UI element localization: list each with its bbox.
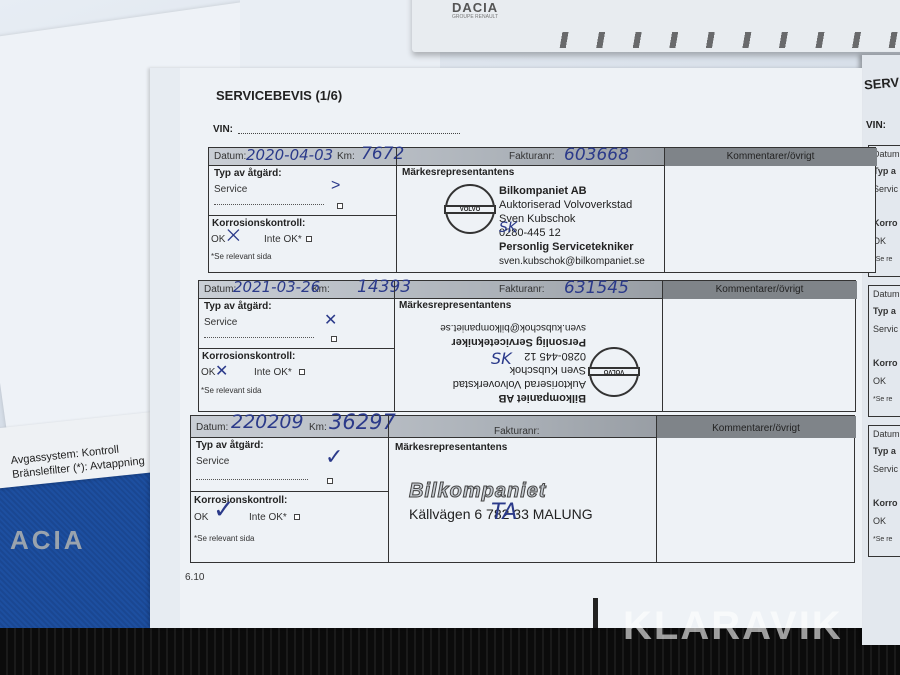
km-value: 14393	[357, 277, 411, 297]
folder-logo: ACIA	[10, 525, 86, 556]
box-stripes	[532, 32, 900, 48]
datum-value: 220209	[231, 411, 304, 433]
page-edge-marker	[593, 598, 598, 628]
km-value: 7672	[361, 144, 404, 164]
comments-header: Kommentarer/övrigt	[656, 416, 856, 438]
datum-value: 2020-04-03	[246, 146, 333, 164]
dacia-brand: DACIA	[452, 0, 498, 15]
fakturanr-value: 603668	[564, 145, 629, 165]
service-check-mark: ✓	[325, 444, 343, 470]
bilkompaniet-logo: Bilkompaniet	[409, 480, 547, 503]
inte-ok-checkbox	[294, 514, 300, 520]
right-page-record: Datum Typ a Servic Korro OK *Se re	[868, 425, 900, 557]
right-page-title: SERV	[863, 74, 899, 92]
ok-check-mark: ✕	[215, 361, 228, 381]
vin-field	[238, 133, 460, 134]
fakturanr-value: 631545	[564, 278, 629, 298]
right-page-vin: VIN:	[866, 120, 886, 131]
dacia-subbrand: GROUPE RENAULT	[452, 14, 498, 20]
vin-label: VIN:	[213, 124, 233, 135]
inte-ok-checkbox	[306, 236, 312, 242]
right-page-record: Datum Typ a Servic Korro OK *Se re	[868, 285, 900, 417]
other-checkbox	[327, 478, 333, 484]
inte-ok-checkbox	[299, 369, 305, 375]
watermark: KLARAVIK	[623, 604, 843, 649]
volvo-logo-icon: VOLVO	[589, 347, 639, 397]
blue-folder: ACIA	[0, 470, 160, 630]
other-checkbox	[337, 203, 343, 209]
signature: TA	[491, 500, 517, 525]
comments-header: Kommentarer/övrigt	[664, 148, 877, 166]
signature: SK	[491, 349, 512, 368]
km-value: 36297	[329, 410, 396, 434]
datum-value: 2021-03-26	[233, 278, 320, 296]
dacia-box: DACIA GROUPE RENAULT	[412, 0, 900, 52]
service-record-1: Datum: Km: Fakturanr: 2020-04-03 7672 60…	[208, 147, 876, 273]
service-check-mark: ✕	[324, 310, 337, 330]
dealer-stamp-upside-down: VOLVO Bilkompaniet AB Auktoriserad Volvo…	[424, 319, 644, 407]
comments-header: Kommentarer/övrigt	[662, 281, 857, 299]
dealer-stamp: Bilkompaniet AB Auktoriserad Volvoverkst…	[499, 184, 645, 269]
signature: SK	[499, 220, 517, 236]
service-check-mark: >	[331, 177, 340, 195]
ok-check-mark: ⨉	[227, 228, 240, 246]
page-title: SERVICEBEVIS (1/6)	[216, 88, 342, 103]
volvo-logo-icon: VOLVO	[445, 184, 495, 234]
service-record-3: Datum: Km: Fakturanr: 220209 36297 Komme…	[190, 415, 855, 563]
other-checkbox	[331, 336, 337, 342]
page-number: 6.10	[185, 572, 204, 583]
ok-check-mark: ✓	[213, 494, 235, 525]
service-record-2: Datum: Km: Fakturanr: 2021-03-26 14393 6…	[198, 280, 856, 412]
